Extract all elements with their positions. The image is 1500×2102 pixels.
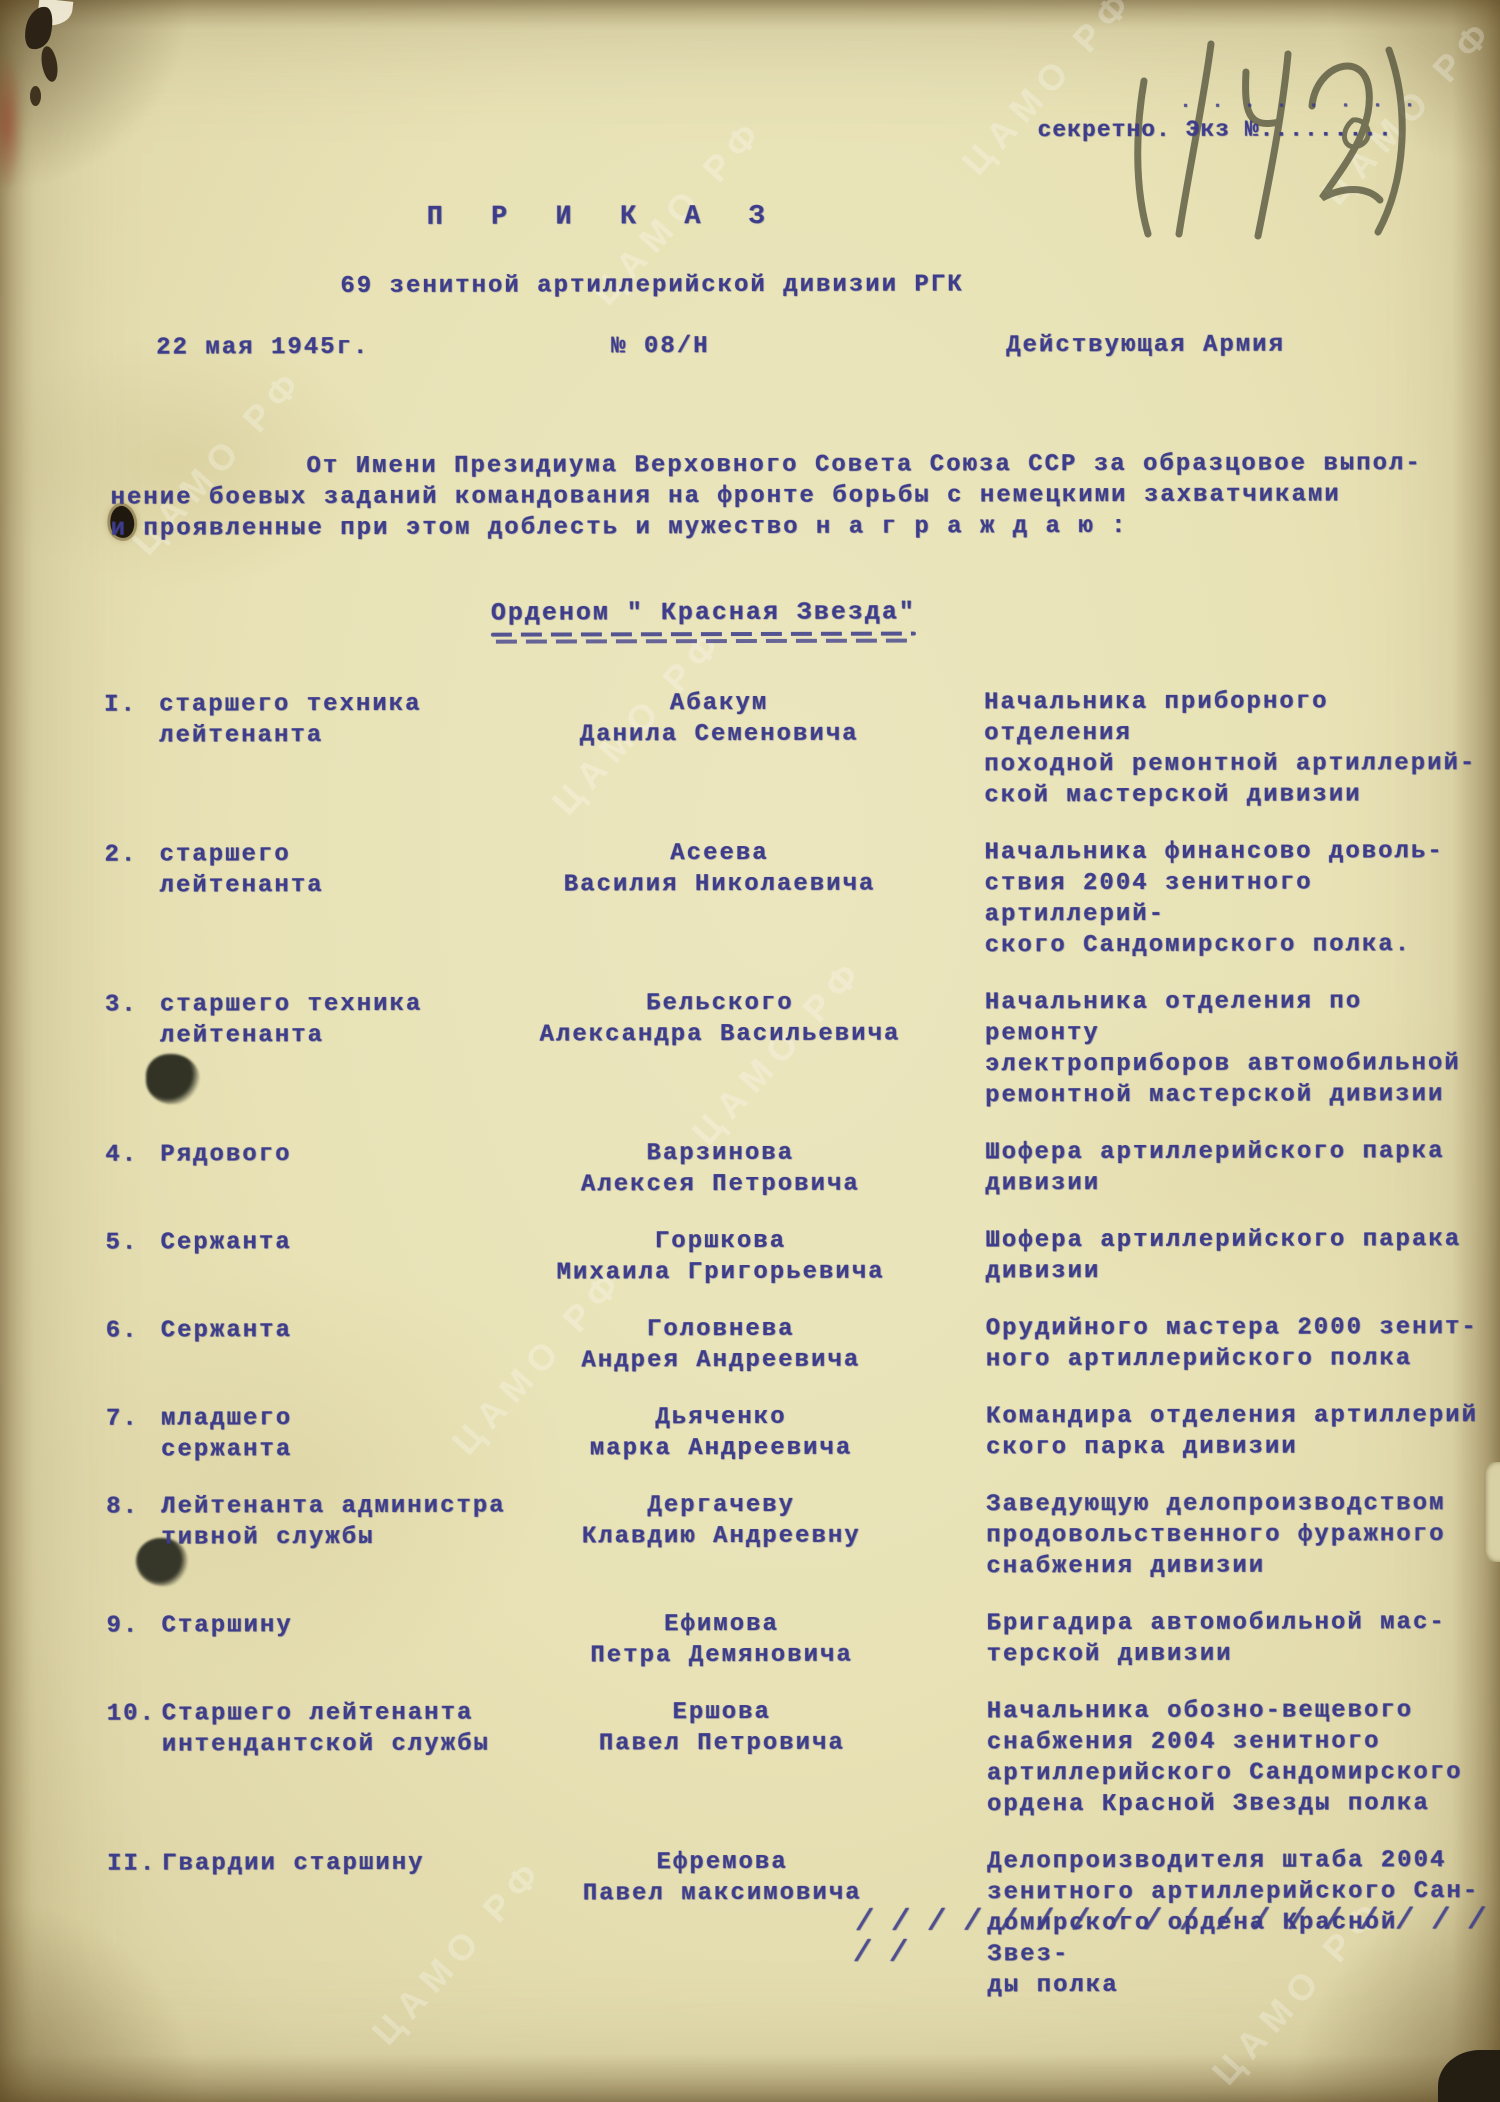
awardee-row: 5. Сержанта Горшкова Михаила Григорьевич…: [105, 1224, 1490, 1290]
entry-number: 3.: [105, 990, 160, 1114]
entry-number: I.: [104, 690, 159, 814]
awardee-row: I. старшего техника лейтенанта Абакум Да…: [104, 686, 1489, 814]
entry-name: Дергачеву Клавдию Андреевну: [521, 1490, 921, 1584]
entry-position: Начальника обозно-вещевого снабжения 200…: [987, 1695, 1487, 1820]
entry-name: Горшкова Михаила Григорьевича: [520, 1226, 920, 1289]
heading-underline: [491, 632, 916, 637]
awardee-row: 4. Рядового Варзинова Алексея Петровича …: [105, 1136, 1490, 1202]
entry-position: Орудийного мастера 2000 зенит- ного арти…: [986, 1312, 1486, 1375]
entry-name: Варзинова Алексея Петровича: [520, 1138, 920, 1201]
entry-name: Асеева Василия Николаевича: [519, 838, 919, 963]
entry-name: Абакум Данила Семеновича: [519, 688, 919, 813]
entry-position: Командира отделения артиллерий ского пар…: [986, 1400, 1486, 1463]
preamble-paragraph: От Имени Президиума Верховного Совета Со…: [110, 448, 1440, 544]
entry-rank: Сержанта: [160, 1227, 520, 1290]
entry-rank: младшего сержанта: [161, 1403, 521, 1466]
entry-name: Ершова Павел Петровича: [522, 1697, 922, 1822]
entry-number: II.: [107, 1849, 162, 2004]
entry-rank: старшего лейтенанта: [159, 839, 519, 964]
entry-rank: Гвардии старшину: [162, 1848, 522, 2004]
entry-rank: Старшего лейтенанта интендантской службы: [162, 1698, 522, 1823]
award-section-heading: Орденом " Красная Звезда": [491, 597, 916, 644]
document-title: П Р И К А З: [0, 201, 1210, 235]
document-page: ЦАМО РФ ЦАМО РФ ЦАМО РФ ЦАМО РФ ЦАМО РФ …: [0, 0, 1500, 2102]
entry-number: 7.: [106, 1404, 161, 1466]
entry-name: Бельского Александра Васильевича: [520, 988, 920, 1113]
entry-rank: старшего техника лейтенанта: [160, 989, 520, 1114]
entry-name: Ефимова Петра Демяновича: [521, 1609, 921, 1672]
army-designation: Действующая Армия: [1006, 330, 1285, 362]
entry-position: Начальника финансово доволь- ствия 2004 …: [984, 836, 1484, 961]
entry-position: Шофера артиллерийского парака дивизии: [985, 1224, 1485, 1287]
entry-name: Дьяченко марка Андреевича: [521, 1402, 921, 1465]
entry-rank: Старшину: [161, 1610, 521, 1673]
preamble-line: нение боевых заданий командования на фро…: [111, 479, 1441, 513]
entry-number: 8.: [106, 1492, 161, 1585]
awardee-row: 2. старшего лейтенанта Асеева Василия Ни…: [104, 836, 1489, 964]
entry-position: Начальника отделения по ремонту электроп…: [985, 986, 1485, 1111]
entry-position: Начальника приборного отделения походной…: [984, 686, 1484, 811]
entry-position: Заведующую делопроизводством продовольст…: [986, 1488, 1486, 1582]
entry-number: 2.: [104, 840, 159, 964]
copy-number-dotted-line: ........: [1179, 86, 1435, 118]
entry-rank: Лейтенанта администра тивной службы: [161, 1491, 521, 1585]
secrecy-stamp: секретно. Экз №.........: [1038, 114, 1393, 146]
awardee-row: 7. младшего сержанта Дьяченко марка Андр…: [106, 1400, 1491, 1466]
awardee-row: 6. Сержанта Головнева Андрея Андреевича …: [106, 1312, 1491, 1378]
entry-number: 5.: [105, 1228, 160, 1290]
document-date: 22 мая 1945г.: [156, 332, 369, 364]
entry-number: 10.: [107, 1699, 162, 1823]
order-number: № 08/Н: [611, 331, 710, 362]
entry-name: Головнева Андрея Андреевича: [521, 1314, 921, 1377]
awardee-row: 10. Старшего лейтенанта интендантской сл…: [107, 1695, 1492, 1823]
entry-number: 6.: [106, 1316, 161, 1378]
preamble-line: и проявленные при этом доблесть и мужест…: [111, 510, 1441, 544]
preamble-line: От Имени Президиума Верховного Совета Со…: [110, 448, 1440, 482]
entry-rank: старшего техника лейтенанта: [159, 689, 519, 814]
awardee-row: 8. Лейтенанта администра тивной службы Д…: [106, 1488, 1491, 1585]
entry-number: 9.: [106, 1611, 161, 1673]
entry-position: Шофера артиллерийского парка дивизии: [985, 1136, 1485, 1199]
entry-rank: Рядового: [160, 1139, 520, 1202]
awardee-list: I. старшего техника лейтенанта Абакум Да…: [104, 686, 1493, 2030]
footer-slash-line: / / / / / / / / / / / / / / / / / / / /: [852, 1906, 1500, 1970]
entry-number: 4.: [105, 1140, 160, 1202]
entry-position: Бригадира автомобильной мас- терской див…: [986, 1607, 1486, 1670]
heading-underline: [491, 639, 916, 644]
document-subtitle: 69 зенитной артиллерийской дивизии РГК: [0, 269, 1306, 303]
awardee-row: 3. старшего техника лейтенанта Бельского…: [105, 986, 1490, 1114]
entry-rank: Сержанта: [161, 1315, 521, 1378]
awardee-row: 9. Старшину Ефимова Петра Демяновича Бри…: [106, 1607, 1491, 1673]
document-content: ........ секретно. Экз №......... П Р И …: [0, 0, 1500, 2102]
award-heading-text: Орденом " Красная Звезда": [491, 598, 916, 628]
